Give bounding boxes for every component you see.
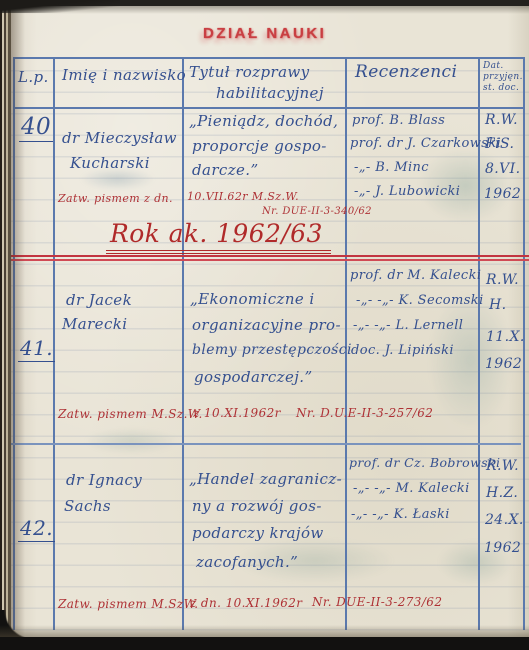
table-header-bottom-line	[13, 107, 524, 109]
row42-title-line4: zacofanych.”	[196, 553, 298, 571]
row42-approval-number: Nr. DUE-II-3-273/62	[312, 595, 442, 609]
row40-title-line3: darcze.”	[192, 161, 259, 179]
row40-name-line1: dr Mieczysław	[62, 129, 177, 147]
row40-number-text: 40	[19, 114, 53, 142]
row42-name-line1: dr Ignacy	[66, 471, 142, 489]
row42-title-line3: podarczy krajów	[192, 524, 324, 542]
row40-date-line2: FiS.	[485, 136, 514, 152]
dzial-nauki-stamp: DZIAŁ NAUKI	[203, 25, 326, 42]
row40-name-line2: Kucharski	[70, 154, 150, 172]
row42-number: 42.	[18, 516, 55, 542]
row41-title-line2: organizacyjne pro-	[192, 316, 341, 334]
bottom-scan-edge	[0, 637, 529, 650]
row41-date-line1: R.W.	[486, 272, 519, 288]
scanned-register-page: DZIAŁ NAUKI L.p. Imię i nazwisko Tytuł r…	[0, 0, 529, 650]
row40-approval-note-left: Zatw. pismem z dn.	[58, 192, 173, 205]
row42-name-line2: Sachs	[64, 497, 111, 515]
row40-reviewer-line2: prof. dr J. Czarkowski	[350, 136, 501, 151]
binding-left-edge	[0, 0, 11, 650]
row40-number: 40	[19, 114, 53, 142]
row40-date-line1: R.W.	[485, 112, 518, 128]
academic-year-text: Rok ak. 1962/63	[106, 219, 331, 254]
row41-title-line4: gospodarczej.”	[194, 368, 313, 386]
row41-reviewer-line1: prof. dr M. Kalecki	[350, 268, 481, 283]
row41-date-line4: 1962	[485, 356, 522, 372]
row42-date-line1: R.W.	[486, 458, 519, 474]
row40-reviewer-line3: -„- B. Minc	[354, 160, 429, 175]
row42-reviewer-line1: prof. dr Cz. Bobrowski	[349, 455, 500, 470]
col-header-date-line2: przyjęn.	[483, 72, 523, 82]
row42-number-text: 42.	[18, 516, 55, 542]
row42-reviewer-line2: -„- -„- M. Kalecki	[353, 481, 470, 496]
row42-approval-note-left: Zatw. pismem M.SzW.	[58, 597, 198, 611]
row41-reviewer-line3: -„- -„- L. Lernell	[353, 318, 463, 333]
row41-number-text: 41.	[18, 336, 55, 362]
row41-name-line1: dr Jacek	[66, 291, 132, 309]
col-header-title-line2: habilitacyjnej	[216, 84, 324, 102]
row41-approval-note-right: z 10.XI.1962r	[193, 406, 281, 420]
row40-date-line3: 8.VI.	[485, 161, 520, 177]
row40-approval-number: Nr. DUE-II-3-340/62	[262, 206, 372, 217]
bottom-page-curl-shadow	[0, 625, 529, 637]
top-scan-shadow	[0, 6, 529, 14]
row40-reviewer-line1: prof. B. Blass	[352, 113, 445, 128]
row40-title-line1: „Pieniądz, dochód,	[189, 112, 338, 130]
table-header-top-line	[13, 57, 524, 59]
row42-date-line3: 24.X.	[485, 512, 524, 528]
row40-date-line4: 1962	[484, 186, 521, 202]
row40-reviewer-line4: -„- J. Lubowicki	[354, 184, 460, 199]
table-left-border	[13, 57, 15, 630]
col-header-title-line1: Tytuł rozprawy	[189, 63, 310, 81]
row41-approval-note-left: Zatw. pismem M.Sz.W.	[58, 407, 203, 421]
blue-separator-line	[10, 443, 521, 445]
top-scan-edge	[0, 0, 529, 6]
row42-approval-note-right: z dn. 10.XI.1962r	[190, 596, 302, 610]
row41-name-line2: Marecki	[62, 315, 127, 333]
row41-title-line1: „Ekonomiczne i	[190, 290, 315, 308]
row40-approval-note-right: 10.VII.62r M.Sz.W.	[187, 190, 299, 203]
row42-title-line2: ny a rozwój gos-	[192, 497, 322, 515]
row41-number: 41.	[18, 336, 55, 362]
red-separator-line-top	[5, 255, 529, 257]
top-left-corner-dark	[0, 0, 120, 13]
row41-title-line3: blemy przestępczości	[192, 342, 352, 358]
bleedthrough-smudge	[84, 428, 179, 454]
col-header-lp: L.p.	[18, 68, 49, 86]
row41-reviewer-line2: -„- -„- K. Secomski	[356, 293, 484, 308]
col-header-name: Imię i nazwisko	[62, 66, 186, 84]
row41-approval-number: Nr. D.U.E-II-3-257/62	[296, 406, 433, 420]
row42-date-line4: 1962	[484, 540, 521, 556]
col-header-date-line3: st. doc.	[483, 83, 519, 93]
row41-date-line3: 11.X.	[486, 329, 525, 345]
row42-title-line1: „Handel zagranicz-	[189, 470, 342, 488]
academic-year-banner: Rok ak. 1962/63	[106, 219, 331, 248]
col-header-date-line1: Dat.	[483, 61, 504, 71]
row40-title-line2: proporcje gospo-	[192, 137, 327, 155]
bottom-left-page-curve	[0, 610, 34, 640]
row41-reviewer-line4: doc. J. Lipiński	[351, 343, 454, 358]
table-col-line-name	[182, 57, 184, 630]
row42-date-line2: H.Z.	[486, 485, 518, 501]
col-header-reviewers: Recenzenci	[355, 62, 457, 82]
row41-date-line2: H.	[489, 297, 506, 313]
red-separator-line-bottom	[5, 259, 529, 261]
row42-reviewer-line3: -„- -„- K. Łaski	[351, 507, 450, 522]
